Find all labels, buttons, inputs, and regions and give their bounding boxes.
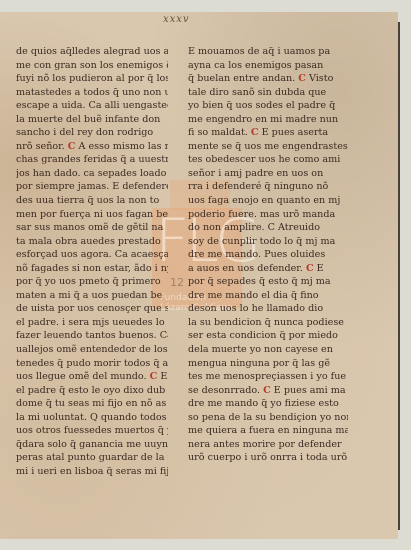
manuscript-line: do non amplire. C Atreuido	[188, 221, 348, 235]
manuscript-line: so pena de la su bendiçion yo non	[188, 411, 348, 425]
manuscript-line: des uua tierra q̃ uos la non to	[16, 194, 168, 208]
manuscript-line: uos faga enojo en quanto en mj	[188, 194, 348, 208]
manuscript-line: tale diro sanõ sin dubda que	[188, 86, 348, 100]
manuscript-line: poderio fuere. mas urõ manda	[188, 208, 348, 222]
manuscript-line: de uista por uos cenosçer que sodes	[16, 302, 168, 316]
manuscript-line: por q̃ sepades q̃ esto q̃ mj ma	[188, 275, 348, 289]
manuscript-line: sar sus manos omẽ de gẽtil na	[16, 221, 168, 235]
manuscript-line: nrõ señor. C A esso mismo las mu	[16, 140, 168, 154]
manuscript-line: me con gran son los enemigos q̃	[16, 59, 168, 73]
manuscript-line: uallejos omẽ entendedor de los	[16, 343, 168, 357]
manuscript-line: nõ fagades si non estar, ãdo i ny	[16, 262, 168, 276]
manuscript-line: ta mala obra auedes prestado	[16, 235, 168, 249]
manuscript-line: nera antes morire por defender	[188, 438, 348, 452]
manuscript-line: tes me menospreçiassen i yo fue	[188, 370, 348, 384]
manuscript-line: q̃ buelan entre andan. C Visto	[188, 72, 348, 86]
manuscript-line: jos han dado. ca sepades loado	[16, 167, 168, 181]
manuscript-line: mengua ninguna por q̃ las gẽ	[188, 357, 348, 371]
text-column-left: de quios aq̃lledes alegrad uos ame con g…	[16, 45, 168, 479]
manuscript-line: dre me mando el dia q̃ fino	[188, 289, 348, 303]
manuscript-line: dela muerte yo non cayese en	[188, 343, 348, 357]
manuscript-line: me quiera a fuera en ninguna ma	[188, 424, 348, 438]
manuscript-line: me engendro en mi madre nun	[188, 113, 348, 127]
manuscript-line: señor i amj padre en uos on	[188, 167, 348, 181]
manuscript-line: el padre. i sera mjs ueuedes lo	[16, 316, 168, 330]
manuscript-line: la su bendicion q̃ nunca podiese	[188, 316, 348, 330]
manuscript-line: la muerte del buẽ infante don	[16, 113, 168, 127]
manuscript-line: q̃dara solo q̃ ganancia me uuyna es	[16, 438, 168, 452]
page-edge	[398, 22, 400, 530]
manuscript-line: sancho i del rey don rodrigo	[16, 126, 168, 140]
manuscript-line: soy de cunplir todo lo q̃ mj ma	[188, 235, 348, 249]
folio-number: xxxv	[163, 14, 190, 25]
manuscript-line: chas grandes feridas q̃ a uuestros fi	[16, 153, 168, 167]
manuscript-line: dome q̃ tu seas mi fijo en nõ as	[16, 397, 168, 411]
manuscript-line: fazer leuendo tantos buenos. Ca	[16, 329, 168, 343]
manuscript-line: uos otros fuessedes muertos q̃ yo	[16, 424, 168, 438]
manuscript-line: por q̃ yo uos pmeto q̃ primero	[16, 275, 168, 289]
manuscript-line: el padre q̃ esto le oyo dixo dub	[16, 384, 168, 398]
manuscript-line: de quios aq̃lledes alegrad uos a	[16, 45, 168, 59]
manuscript-line: por siempre jamas. E defendere	[16, 180, 168, 194]
rubric-pilcrow: C	[251, 127, 259, 138]
text-column-right: E mouamos de aq̃ i uamos paayna ca los e…	[188, 45, 348, 465]
manuscript-line: matastedes a todos q̃ uno non uos	[16, 86, 168, 100]
manuscript-line: la mi uoluntat. Q quando todos	[16, 411, 168, 425]
manuscript-line: tes obedescer uos he como ami	[188, 153, 348, 167]
manuscript-line: fuyi nõ los pudieron al por q̃ los	[16, 72, 168, 86]
rubric-pilcrow: C	[298, 73, 306, 84]
rubric-pilcrow: C	[263, 385, 271, 396]
manuscript-line: peras atal punto guardar de la nt	[16, 451, 168, 465]
manuscript-line: rra i defenderé q̃ ninguno nõ	[188, 180, 348, 194]
manuscript-line: mi i ueri en lisboa q̃ seras mi fijo	[16, 465, 168, 479]
manuscript-line: esforçad uos agora. Ca acaesça	[16, 248, 168, 262]
manuscript-line: urõ cuerpo i urõ onrra i toda urõ	[188, 451, 348, 465]
manuscript-line: men por fuerça ni uos fagan be	[16, 208, 168, 222]
manuscript-line: maten a mi q̃ a uos puedan be	[16, 289, 168, 303]
manuscript-line: mente se q̃ uos me engendrastes	[188, 140, 348, 154]
manuscript-line: tenedes q̃ pudo morir todos q̃ a	[16, 357, 168, 371]
watermark-number: 12	[170, 276, 184, 289]
manuscript-line: yo bien q̃ uos sodes el padre q̃	[188, 99, 348, 113]
manuscript-line: escape a uida. Ca alli uengastedes	[16, 99, 168, 113]
manuscript-line: deson uos lo he llamado dio	[188, 302, 348, 316]
manuscript-line: ser esta condicion q̃ por miedo	[188, 329, 348, 343]
manuscript-line: E mouamos de aq̃ i uamos pa	[188, 45, 348, 59]
manuscript-line: uos llegue omẽ del mundo. C E	[16, 370, 168, 384]
manuscript-line: ayna ca los enemigos pasan	[188, 59, 348, 73]
manuscript-line: dre me mando q̃ yo fiziese esto	[188, 397, 348, 411]
manuscript-line: a auos en uos defender. C E	[188, 262, 348, 276]
manuscript-line: dre me mando. Pues oluides	[188, 248, 348, 262]
manuscript-line: se desonrrado. C E pues ami ma	[188, 384, 348, 398]
manuscript-line: fi so maldat. C E pues aserta	[188, 126, 348, 140]
rubric-pilcrow: C	[306, 263, 314, 274]
